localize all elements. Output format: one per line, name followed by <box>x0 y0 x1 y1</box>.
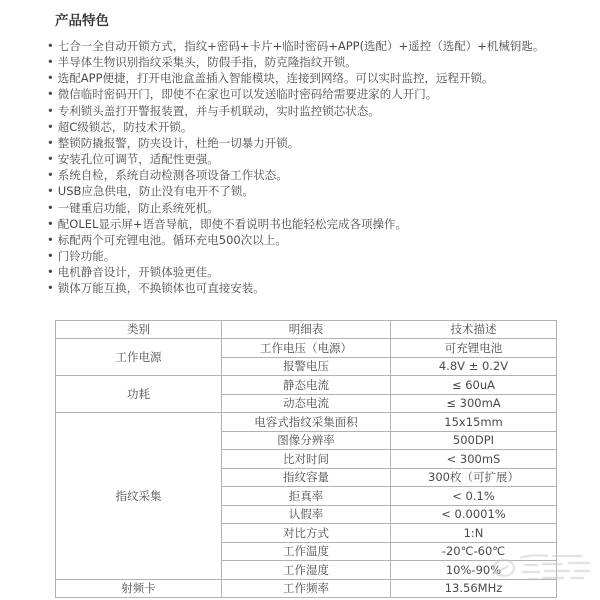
feature-item: •整锁防撬报警，防夹设计，杜绝一切暴力开锁。 <box>47 135 595 151</box>
spec-value-cell: 可充锂电池 <box>391 339 557 358</box>
spec-item-cell: 拒真率 <box>222 487 391 506</box>
bullet-dot-icon: • <box>47 280 54 296</box>
feature-item-text: 微信临时密码开门，即使不在家也可以发送临时密码给需要进家的人开门。 <box>58 87 438 101</box>
product-spec-page: 产品特色 •七合一全自动开锁方式，指纹+密码+卡片+临时密码+APP(选配）+遥… <box>0 0 600 600</box>
spec-item-cell: 工作湿度 <box>222 561 391 580</box>
spec-value-cell: -20℃-60℃ <box>391 542 557 561</box>
spec-item-cell: 工作电压（电源） <box>222 339 391 358</box>
spec-category-cell: 射频卡 <box>56 579 222 598</box>
feature-item-text: 电机静音设计，开锁体验更佳。 <box>58 265 219 279</box>
spec-item-cell: 静态电流 <box>222 376 391 395</box>
spec-item-cell: 动态电流 <box>222 394 391 413</box>
bullet-dot-icon: • <box>47 38 54 54</box>
spec-item-cell: 指纹容量 <box>222 468 391 487</box>
bullet-dot-icon: • <box>47 70 54 86</box>
feature-item: •微信临时密码开门，即使不在家也可以发送临时密码给需要进家的人开门。 <box>47 86 595 102</box>
feature-item: •配OLEL显示屏+语音导航，即使不看说明书也能轻松完成各项操作。 <box>47 216 595 232</box>
spec-item-cell: 认假率 <box>222 505 391 524</box>
spec-item-cell: 报警电压 <box>222 357 391 376</box>
spec-table: 类别 明细表 技术描述 工作电源工作电压（电源）可充锂电池报警电压4.8V ± … <box>55 320 557 599</box>
feature-item-text: 门铃功能。 <box>58 249 116 263</box>
spec-value-cell: < 300mS <box>391 450 557 469</box>
feature-item: •选配APP便捷，打开电池盒盖插入智能模块，连接到网络。可以实时监控，远程开锁。 <box>47 70 595 86</box>
spec-item-cell: 图像分辨率 <box>222 431 391 450</box>
feature-item: •锁体万能互换，不换锁体也可直接安装。 <box>47 280 595 296</box>
bullet-dot-icon: • <box>47 102 54 118</box>
spec-value-cell: < 0.1% <box>391 487 557 506</box>
spec-category-cell: 指纹采集 <box>56 413 222 580</box>
spec-row: 工作电源工作电压（电源）可充锂电池 <box>56 339 557 358</box>
spec-category-cell: 工作电源 <box>56 339 222 376</box>
spec-header-description: 技术描述 <box>391 320 557 339</box>
feature-item: •标配两个可充锂电池。偱环充电500次以上。 <box>47 232 595 248</box>
feature-item-text: 锁体万能互换，不换锁体也可直接安装。 <box>58 281 265 295</box>
page-title: 产品特色 <box>0 0 600 29</box>
spec-value-cell: 15x15mm <box>391 413 557 432</box>
spec-row: 指纹采集电容式指纹采集面积15x15mm <box>56 413 557 432</box>
spec-value-cell: ≤ 300mA <box>391 394 557 413</box>
spec-item-cell: 工作温度 <box>222 542 391 561</box>
spec-value-cell: 4.8V ± 0.2V <box>391 357 557 376</box>
spec-item-cell: 电容式指纹采集面积 <box>222 413 391 432</box>
feature-item-text: 标配两个可充锂电池。偱环充电500次以上。 <box>58 233 287 247</box>
feature-item-text: 七合一全自动开锁方式，指纹+密码+卡片+临时密码+APP(选配）+遥控（选配）+… <box>58 39 545 53</box>
feature-item-text: USB应急供电，防止没有电开不了锁。 <box>58 184 254 198</box>
feature-item-text: 整锁防撬报警，防夹设计，杜绝一切暴力开锁。 <box>58 136 300 150</box>
bullet-dot-icon: • <box>47 167 54 183</box>
spec-value-cell: 500DPI <box>391 431 557 450</box>
bullet-dot-icon: • <box>47 183 54 199</box>
bullet-dot-icon: • <box>47 54 54 70</box>
spec-category-cell: 功耗 <box>56 376 222 413</box>
bullet-dot-icon: • <box>47 248 54 264</box>
bullet-dot-icon: • <box>47 231 54 247</box>
spec-table-body: 工作电源工作电压（电源）可充锂电池报警电压4.8V ± 0.2V功耗静态电流≤ … <box>56 339 557 598</box>
spec-item-cell: 对比方式 <box>222 524 391 543</box>
bullet-dot-icon: • <box>47 118 54 134</box>
bullet-dot-icon: • <box>47 199 54 215</box>
feature-item: •半导体生物识别指纹采集头，防假手指，防克隆指纹开锁。 <box>47 54 595 70</box>
feature-item-text: 专利锁头盖打开警报装置，并与手机联动，实时监控锁芯状态。 <box>58 104 380 118</box>
spec-header-row: 类别 明细表 技术描述 <box>56 320 557 339</box>
feature-item-text: 一键重启功能，防止系统死机。 <box>58 201 219 215</box>
bullet-dot-icon: • <box>47 151 54 167</box>
spec-item-cell: 工作频率 <box>222 579 391 598</box>
feature-item: •安装孔位可调节，适配性更强。 <box>47 151 595 167</box>
spec-value-cell: 300枚（可扩展） <box>391 468 557 487</box>
bullet-dot-icon: • <box>47 215 54 231</box>
feature-item-text: 选配APP便捷，打开电池盒盖插入智能模块，连接到网络。可以实时监控，远程开锁。 <box>58 71 494 85</box>
bullet-dot-icon: • <box>47 134 54 150</box>
feature-item: •门铃功能。 <box>47 248 595 264</box>
feature-item-text: 系统自检，系统自动检测各项设备工作状态。 <box>58 168 288 182</box>
feature-item: •超C级锁芯，防技术开锁。 <box>47 119 595 135</box>
bullet-dot-icon: • <box>47 264 54 280</box>
spec-value-cell: < 0.0001% <box>391 505 557 524</box>
feature-item: •专利锁头盖打开警报装置，并与手机联动，实时监控锁芯状态。 <box>47 103 595 119</box>
spec-value-cell: 10%-90% <box>391 561 557 580</box>
spec-value-cell: 1:N <box>391 524 557 543</box>
feature-item: •系统自检，系统自动检测各项设备工作状态。 <box>47 167 595 183</box>
spec-row: 射频卡工作频率13.56MHz <box>56 579 557 598</box>
spec-value-cell: 13.56MHz <box>391 579 557 598</box>
feature-item: •电机静音设计，开锁体验更佳。 <box>47 264 595 280</box>
spec-value-cell: ≤ 60uA <box>391 376 557 395</box>
spec-row: 功耗静态电流≤ 60uA <box>56 376 557 395</box>
bullet-dot-icon: • <box>47 86 54 102</box>
feature-item-text: 安装孔位可调节，适配性更强。 <box>58 152 219 166</box>
feature-item: •USB应急供电，防止没有电开不了锁。 <box>47 183 595 199</box>
feature-item: •七合一全自动开锁方式，指纹+密码+卡片+临时密码+APP(选配）+遥控（选配）… <box>47 38 595 54</box>
feature-item-text: 配OLEL显示屏+语音导航，即使不看说明书也能轻松完成各项操作。 <box>58 217 407 231</box>
spec-header-detail: 明细表 <box>222 320 391 339</box>
feature-list: •七合一全自动开锁方式，指纹+密码+卡片+临时密码+APP(选配）+遥控（选配）… <box>47 38 595 297</box>
feature-item: •一键重启功能，防止系统死机。 <box>47 200 595 216</box>
spec-header-category: 类别 <box>56 320 222 339</box>
feature-item-text: 半导体生物识别指纹采集头，防假手指，防克隆指纹开锁。 <box>58 55 357 69</box>
feature-item-text: 超C级锁芯，防技术开锁。 <box>58 120 193 134</box>
spec-item-cell: 比对时间 <box>222 450 391 469</box>
